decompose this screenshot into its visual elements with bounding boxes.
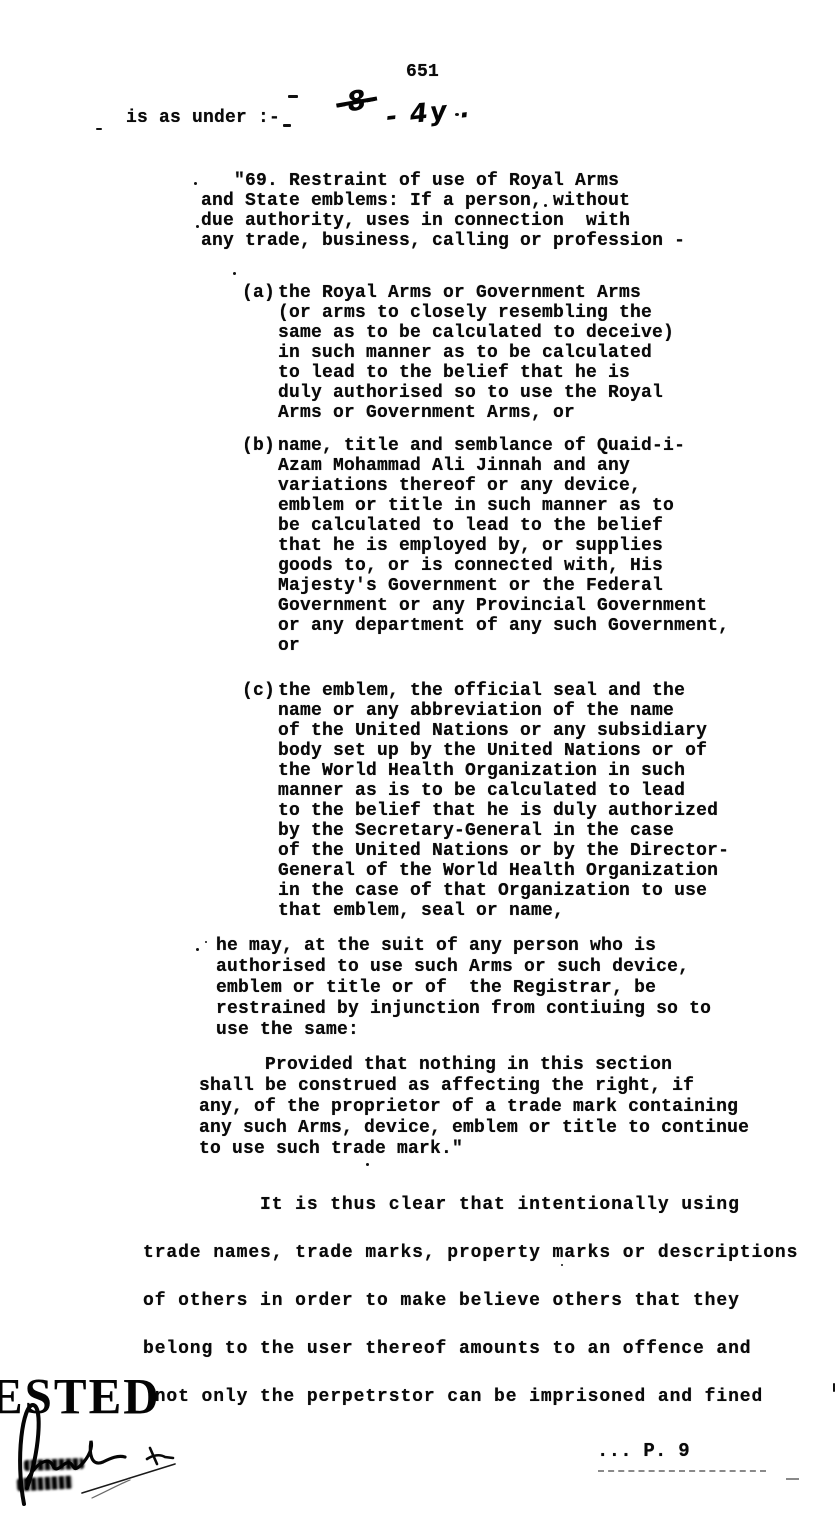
item-a-label: (a) [242,283,278,303]
quote-item-a: (a) the Royal Arms or Government Arms (o… [242,283,674,423]
quote-opening-paragraph: "69. Restraint of use of Royal Arms and … [201,171,685,251]
scan-speck [544,204,547,207]
scan-speck [96,128,102,130]
item-a-text: the Royal Arms or Government Arms (or ar… [278,283,674,423]
quote-item-c: (c) the emblem, the official seal and th… [242,681,729,921]
smudged-stamp-line [24,1458,84,1471]
item-c-text: the emblem, the official seal and the na… [278,681,729,921]
footer-page-ref: ... P. 9 [597,1441,690,1461]
scan-speck [283,124,291,127]
quote-proviso-paragraph: Provided that nothing in this section sh… [199,1055,749,1160]
handwritten-crossed-out-page-number: -8- [334,83,380,121]
scan-speck [194,182,197,185]
item-c-label: (c) [242,681,278,701]
page-number: 651 [406,62,439,82]
scan-speck [561,1264,563,1266]
item-b-label: (b) [242,436,278,456]
quote-closing-paragraph: he may, at the suit of any person who is… [216,936,711,1041]
scan-speck [196,225,199,228]
document-page: 651 -8- - 4y . is as under :- "69. Restr… [0,0,840,1540]
scan-speck [196,948,199,951]
body-paragraph: It is thus clear that intentionally usin… [143,1181,798,1421]
footer-underline-dashes [598,1470,766,1472]
scan-speck [366,1163,369,1166]
quote-item-b: (b) name, title and semblance of Quaid-i… [242,436,729,656]
item-b-text: name, title and semblance of Quaid-i- Az… [278,436,729,656]
scan-speck [833,1383,835,1392]
scan-speck [205,941,207,943]
handwritten-replacement-page-number: - 4y . [385,94,473,133]
scan-speck [233,272,236,275]
intro-line: is as under :- [126,108,280,128]
scan-speck [455,113,459,116]
footer-underline-dash [786,1478,799,1480]
scan-speck [288,95,298,98]
